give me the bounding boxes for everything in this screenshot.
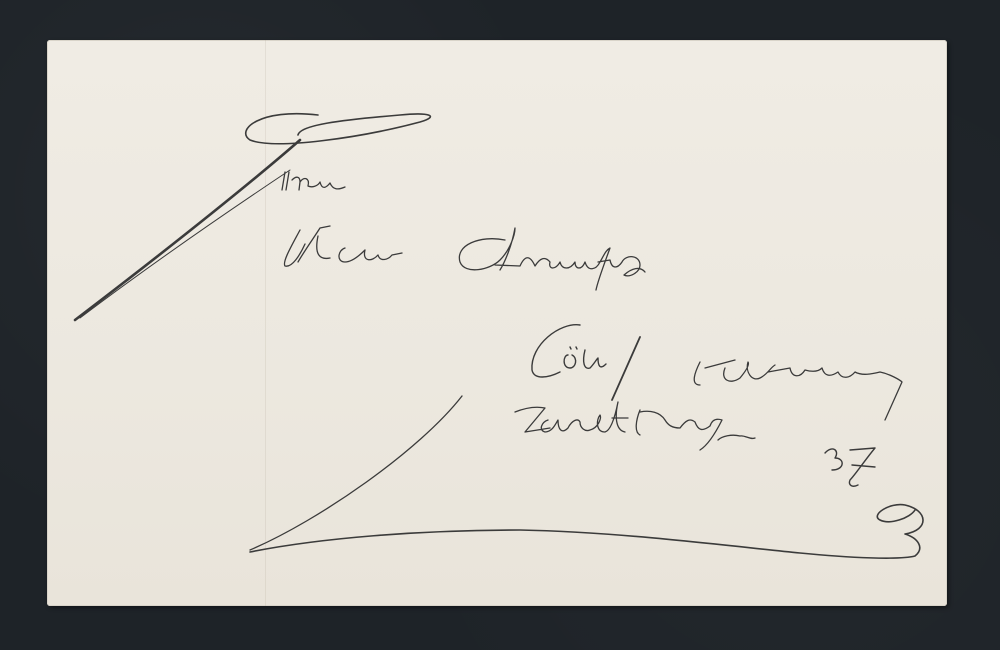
word-ilco bbox=[284, 226, 402, 266]
word-hardtstrasse bbox=[515, 402, 755, 450]
word-coeln bbox=[532, 325, 606, 377]
slash bbox=[612, 337, 640, 400]
flourish-baseline bbox=[250, 505, 923, 559]
word-schaufuss bbox=[459, 228, 645, 290]
flourish-diagonal bbox=[250, 396, 462, 550]
flourish-h-thin bbox=[80, 170, 290, 318]
number-37 bbox=[825, 448, 875, 486]
handwriting-strokes bbox=[0, 0, 1000, 650]
flourish-h-stroke bbox=[75, 140, 300, 320]
flourish-h-loop bbox=[246, 114, 431, 144]
word-klettenberg bbox=[694, 360, 902, 420]
word-herrn bbox=[282, 172, 345, 190]
